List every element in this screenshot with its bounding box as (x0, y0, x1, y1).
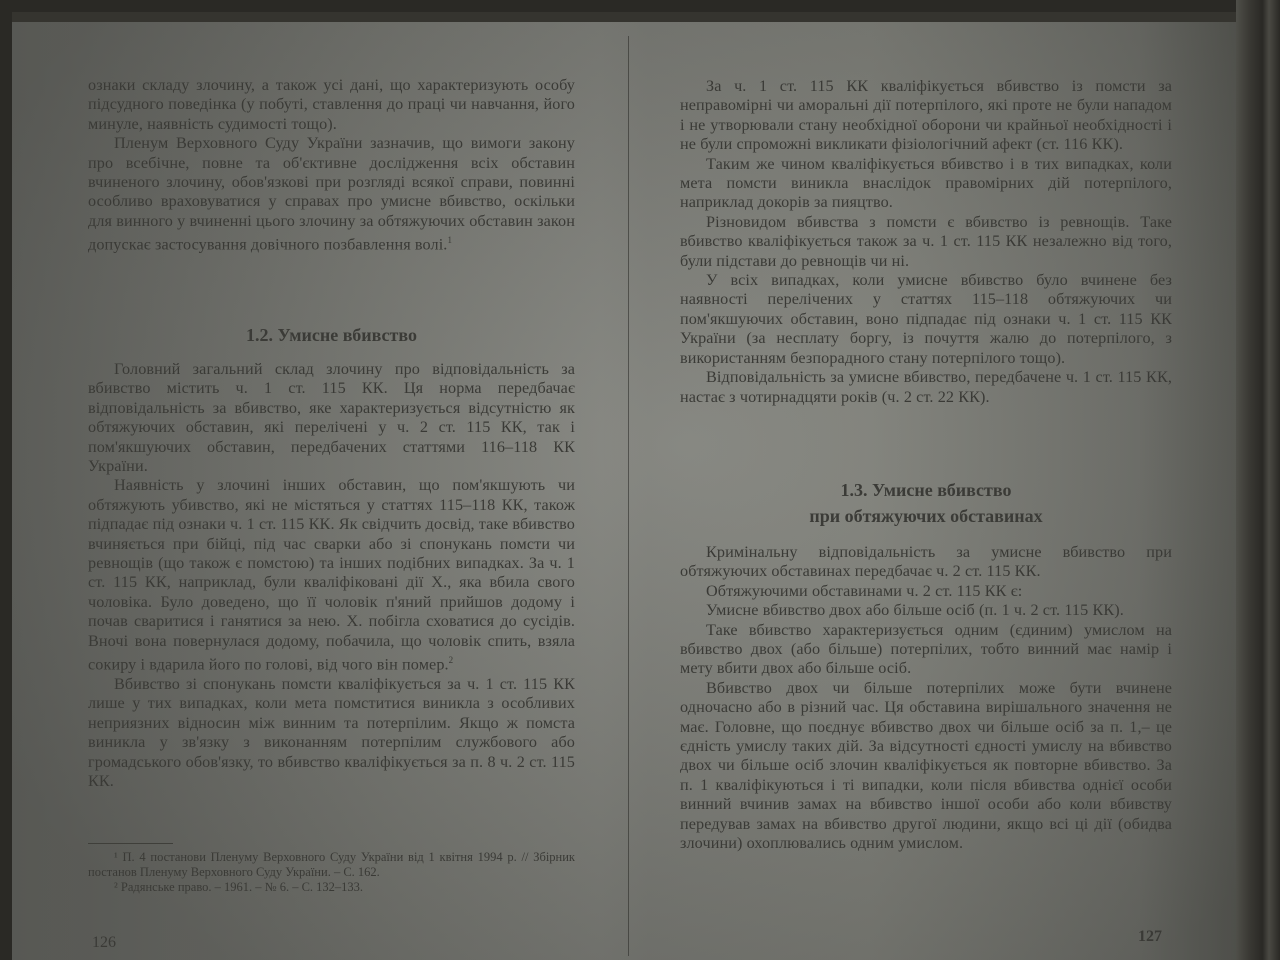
footnote-ref[interactable]: 2 (449, 655, 454, 665)
paragraph: Вбивство зі спонукань помсти кваліфікуєт… (88, 675, 575, 791)
page-number: 127 (1138, 928, 1162, 946)
right-page-section-text: Кримінальну відповідальність за умисне в… (680, 543, 1172, 854)
paragraph: Різновидом вбивства з помсти є вбивство … (680, 213, 1172, 271)
section-heading: 1.2. Умисне вбивство (88, 322, 575, 348)
footnote-ref[interactable]: 1 (447, 235, 452, 245)
paragraph: Вбивство двох чи більше потерпілих може … (680, 679, 1172, 854)
paragraph: Таким же чином кваліфікується вбивство і… (680, 155, 1172, 213)
paragraph: Наявність у злочині інших обставин, що п… (88, 476, 575, 674)
paragraph: За ч. 1 ст. 115 КК кваліфікується вбивст… (680, 77, 1172, 155)
paragraph: Відповідальність за умисне вбивство, пер… (680, 368, 1172, 407)
section-heading-line: при обтяжуючих обставинах (680, 503, 1172, 529)
section-heading-line: 1.3. Умисне вбивство (680, 477, 1172, 503)
footnotes: ¹ П. 4 постанови Пленуму Верховного Суду… (88, 843, 575, 895)
paragraph: У всіх випадках, коли умисне вбивство бу… (680, 271, 1172, 368)
paragraph: Головний загальний склад злочину про від… (88, 360, 575, 476)
book-page-stack-edge (1236, 0, 1280, 960)
right-page-top-text: За ч. 1 ст. 115 КК кваліфікується вбивст… (680, 77, 1172, 407)
paragraph: Обтяжуючими обставинами ч. 2 ст. 115 КК … (680, 582, 1172, 601)
paragraph: ознаки складу злочину, а також усі дані,… (88, 76, 575, 134)
page-number: 126 (92, 934, 116, 952)
left-page-section-text: Головний загальний склад злочину про від… (88, 360, 575, 791)
footnote: ¹ П. 4 постанови Пленуму Верховного Суду… (88, 850, 575, 880)
left-page-top-text: ознаки складу злочину, а також усі дані,… (88, 76, 575, 255)
paragraph: Таке вбивство характеризується одним (єд… (680, 621, 1172, 679)
paragraph: Пленум Верховного Суду України зазначив,… (88, 134, 575, 255)
paragraph: Умисне вбивство двох або більше осіб (п.… (680, 601, 1172, 620)
footnote-divider (88, 843, 173, 844)
book-spine (628, 36, 629, 956)
footnote: ² Радянське право. – 1961. – № 6. – С. 1… (88, 880, 575, 895)
section-heading: 1.3. Умисне вбивство при обтяжуючих обст… (680, 477, 1172, 529)
paragraph: Кримінальну відповідальність за умисне в… (680, 543, 1172, 582)
